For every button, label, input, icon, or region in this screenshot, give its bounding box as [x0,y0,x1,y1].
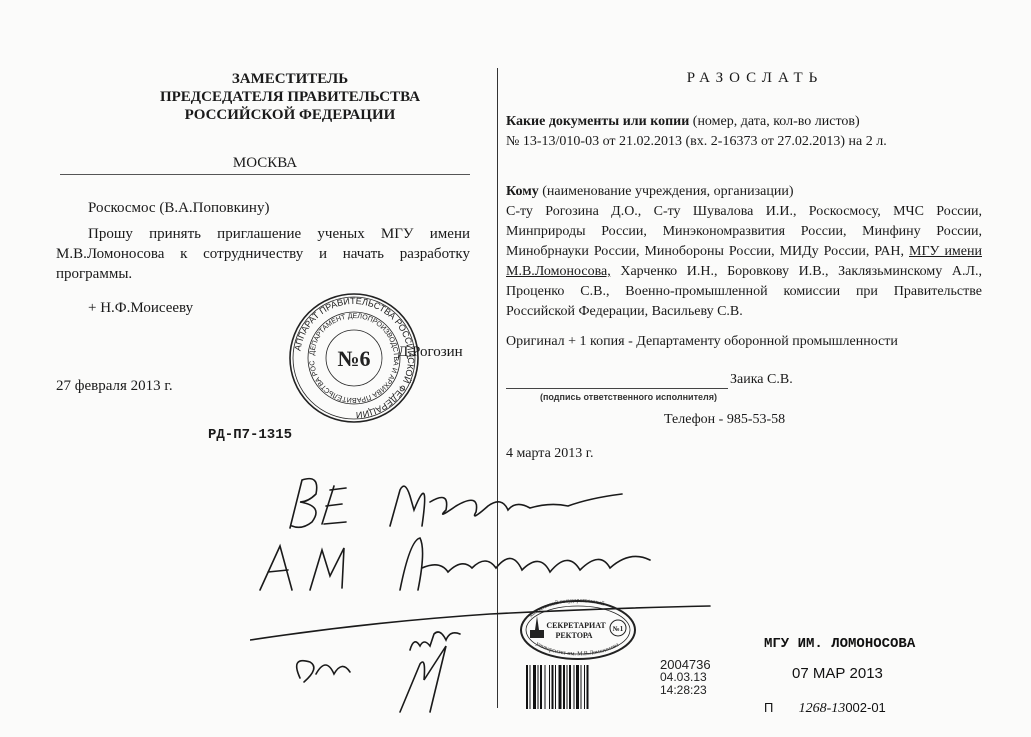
recipients-label: Кому [506,184,539,199]
city: МОСКВА [60,155,470,172]
secretariat-subtitle: РЕКТОРА [555,631,592,640]
barcode-icon [526,665,626,709]
handwritten-resolution: В.Е. Федоровскому А.М. Черепащуку для ис… [250,450,720,720]
letterhead-line-2: ПРЕДСЕДАТЕЛЯ ПРАВИТЕЛЬСТВА [100,88,480,106]
recipients-hint: (наименование учреждения, организации) [539,184,794,199]
main-building-icon [530,616,544,638]
recipients-list: С-ту Рогозина Д.О., С-ту Шувалова И.И., … [506,202,982,322]
letterhead: ЗАМЕСТИТЕЛЬ ПРЕДСЕДАТЕЛЯ ПРАВИТЕЛЬСТВА Р… [100,70,480,124]
phone: Телефон - 985-53-58 [664,412,785,428]
signature-line [506,388,728,389]
msu-receipt-stamp: МГУ ИМ. ЛОМОНОСОВА [764,636,915,652]
addressee: Роскосмос (В.А.Поповкину) [88,200,269,217]
distribute-title: РАЗОСЛАТЬ [510,70,1000,87]
executor-name: Заика С.В. [730,372,793,388]
documents-hint: (номер, дата, кол-во листов) [689,114,859,129]
signer-name: Д.Рогозин [398,344,463,361]
recipients-section: Кому (наименование учреждения, организац… [506,182,982,322]
documents-section: Какие документы или копии (номер, дата, … [506,112,986,152]
signature-caption: (подпись ответственного исполнителя) [540,392,717,402]
registration-code: РД-П7-1315 [208,427,292,443]
svg-text:Московский государственный: Московский государственный [528,598,606,619]
original-recipient: Оригинал + 1 копия - Департаменту оборон… [506,334,898,350]
barcode-time: 14:28:23 [660,684,711,697]
carbon-copy: + Н.Ф.Моисееву [88,300,193,317]
letter-date: 27 февраля 2013 г. [56,378,173,395]
documents-label: Какие документы или копии [506,114,689,129]
secretariat-number: №1 [612,625,624,633]
msu-receipt-date: 07 МАР 2013 [792,665,883,682]
city-underline [60,174,470,175]
msu-registration-number: П 1268-13002-01 [764,700,886,717]
letterhead-line-3: РОССИЙСКОЙ ФЕДЕРАЦИИ [100,106,480,124]
letterhead-line-1: ЗАМЕСТИТЕЛЬ [100,70,480,88]
barcode-label: 2004736 04.03.13 14:28:23 [660,658,711,697]
secretariat-stamp: Московский государственный университет и… [518,598,638,662]
seal-number: №6 [337,346,370,371]
documents-value: № 13-13/010-03 от 21.02.2013 (вх. 2-1637… [506,132,986,152]
letter-body: Прошу принять приглашение ученых МГУ име… [56,224,470,284]
secretariat-title: СЕКРЕТАРИАТ [546,621,606,630]
